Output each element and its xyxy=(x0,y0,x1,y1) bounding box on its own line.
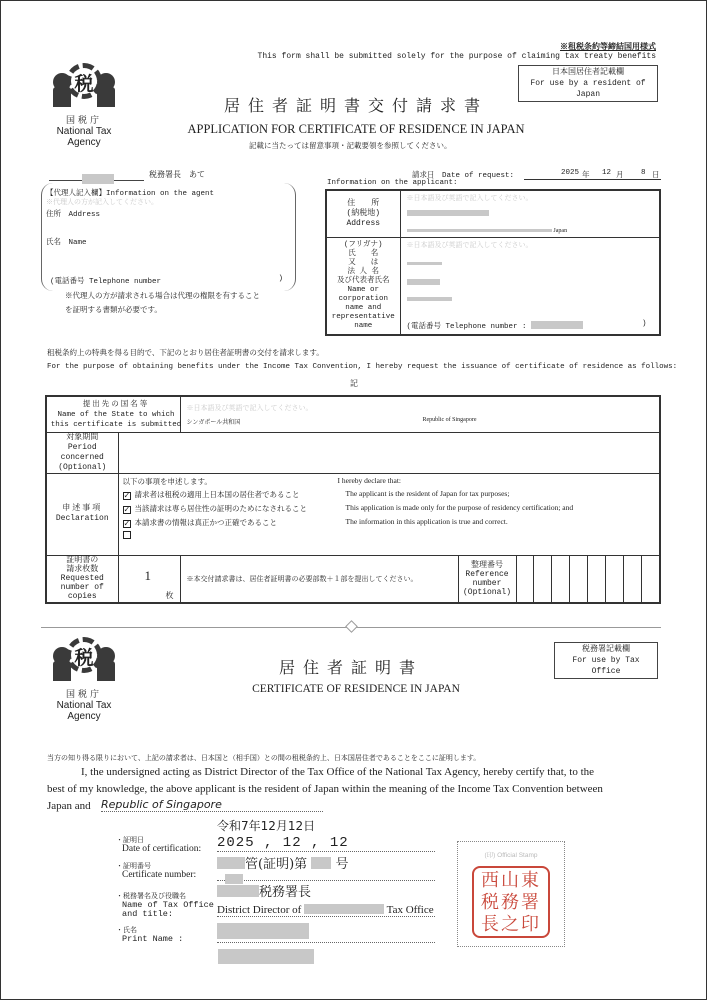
state-field[interactable]: ※日本語及び英語で記入してください。 シンガポール共和国 Republic of… xyxy=(180,396,660,432)
tax-office-use-box: 税務署記載欄 For use by Tax Office xyxy=(554,642,658,679)
redacted-name-jp xyxy=(217,923,309,939)
reference-digit-box[interactable] xyxy=(641,556,659,602)
redacted-name-en xyxy=(218,949,314,964)
applicant-address-field[interactable]: ※日本語及び英語で記入してください。 Japan xyxy=(400,190,660,237)
reference-digit-box[interactable] xyxy=(517,556,534,602)
period-field[interactable] xyxy=(118,432,660,473)
redacted-office-jp xyxy=(217,885,259,897)
reference-digit-box[interactable] xyxy=(569,556,587,602)
stamp-caption: (印) Official Stamp xyxy=(458,850,564,859)
applicant-table: 住 所 (納税地) Address ※日本語及び英語で記入してください。 Jap… xyxy=(325,189,661,336)
instructions-note: 記載に当たっては留意事項・記載要領を参照してください。 xyxy=(249,140,452,151)
checked-checkbox-icon[interactable]: ✓ xyxy=(123,506,131,514)
applicant-address-label: 住 所 (納税地) Address xyxy=(326,190,400,237)
official-stamp-box: (印) Official Stamp 西山東 税務署 長之印 xyxy=(457,841,565,947)
declaration-intro-jp: 以下の事項を申述します。 xyxy=(123,477,212,486)
copies-field[interactable]: 1 枚 xyxy=(118,555,180,603)
period-label: 対象期間Periodconcerned(Optional) xyxy=(46,432,118,473)
cert-name-field[interactable] xyxy=(217,923,435,943)
redacted-office-code xyxy=(217,857,245,869)
form-note-en: This form shall be submitted solely for … xyxy=(258,52,656,61)
agent-hint: ※代理人の方が記入してください。 xyxy=(46,197,158,207)
agent-phone-label[interactable]: (電話番号 Telephone number xyxy=(50,275,161,286)
divider-diamond-icon xyxy=(345,620,358,633)
nta-logo: 税 国税庁 National Tax Agency xyxy=(39,63,129,148)
cert-date-en[interactable]: 2025 , 12 , 12 xyxy=(217,835,435,852)
state-en: Republic of Singapore xyxy=(423,417,477,423)
redacted-name-jp xyxy=(407,279,440,285)
applicant-phone[interactable]: (電話番号 Telephone number : ) xyxy=(407,320,647,331)
certificate-title-jp: 居住者証明書 xyxy=(241,655,461,678)
logo-en: National Tax Agency xyxy=(39,126,129,148)
agent-note: ※代理人の方が請求される場合は代理の権限を有すること を証明する書類が必要です。 xyxy=(65,289,260,317)
certificate-statement-en-1: I, the undersigned acting as District Di… xyxy=(81,766,594,778)
redacted-office-en xyxy=(304,904,384,914)
declaration-item: ✓請求者は租税の適用上日本国の居住者であることThe applicant is … xyxy=(123,489,656,503)
applicant-heading: Information on the applicant: xyxy=(327,179,458,187)
application-title-en: APPLICATION FOR CERTIFICATE OF RESIDENCE… xyxy=(151,122,561,137)
cert-office-title-jp: 税務署長 xyxy=(217,881,311,900)
declaration-item: ✓本請求書の情報は真正かつ正確であることThe information in t… xyxy=(123,517,656,531)
resident-box-en: For use by a resident of Japan xyxy=(523,78,653,100)
certificate-form-page: ※租税条約等締結国用様式 This form shall be submitte… xyxy=(0,0,707,1000)
copies-value: 1 xyxy=(145,568,152,584)
cert-office-title-en[interactable]: District Director of Tax Office xyxy=(217,904,435,917)
declaration-item: ✓当該請求は専ら居住性の証明のためになされることThis application… xyxy=(123,503,656,517)
agent-address-label[interactable]: 住所 Address xyxy=(46,208,100,219)
cert-number-label: ・証明番号 Certificate number: xyxy=(116,862,196,880)
tax-office-name-field[interactable] xyxy=(49,169,144,181)
declaration-field: 以下の事項を申述します。 I hereby declare that: ✓請求者… xyxy=(118,473,660,555)
request-date-field[interactable]: 2025 年 12 月 8 日 xyxy=(524,169,661,180)
redacted-address-jp xyxy=(407,210,489,216)
applicant-name-label: (フリガナ)氏 名又 は法 人 名及び代表者氏名Name orcorporati… xyxy=(326,237,400,335)
declaration-item xyxy=(123,531,656,545)
redacted-address-en xyxy=(407,229,552,232)
copies-unit: 枚 xyxy=(166,590,174,601)
certificate-statement-en-2: best of my knowledge, the above applican… xyxy=(47,783,603,795)
checked-checkbox-icon[interactable]: ✓ xyxy=(123,520,131,528)
certificate-statement-jp: 当方の知り得る限りにおいて、上記の請求者は、日本国と（相手国）との間の租税条約上… xyxy=(47,753,480,763)
cert-date-label: ・証明日 Date of certification: xyxy=(116,836,201,854)
cert-date-jp: 令和7年12月12日 xyxy=(217,817,315,834)
state-jp: シンガポール共和国 xyxy=(187,419,241,426)
certificate-statement-en-3: Japan and xyxy=(47,800,91,812)
copies-label: 証明書の請求枚数Requestednumber ofcopies xyxy=(46,555,118,603)
reference-digit-box[interactable] xyxy=(623,556,641,602)
redacted-number xyxy=(311,857,331,869)
reference-digit-box[interactable] xyxy=(605,556,623,602)
reference-number-field[interactable] xyxy=(516,555,660,603)
cert-number-field[interactable] xyxy=(217,869,435,881)
redacted-phone xyxy=(531,321,583,329)
treaty-country-field[interactable]: Republic of Singapore xyxy=(101,798,323,812)
addressee-suffix: 税務署長 あて xyxy=(149,169,205,180)
redacted-name-en xyxy=(407,297,452,301)
redacted-furigana xyxy=(407,262,442,265)
reference-label: 整理番号Referencenumber(Optional) xyxy=(458,555,516,603)
ki-mark: 記 xyxy=(350,378,358,389)
official-stamp-seal: 西山東 税務署 長之印 xyxy=(472,866,550,938)
nta-logo-certificate: 税 国税庁 National Tax Agency xyxy=(39,637,129,722)
logo-jp: 国税庁 xyxy=(39,113,129,126)
reference-digit-box[interactable] xyxy=(587,556,605,602)
checked-checkbox-icon[interactable]: ✓ xyxy=(123,492,131,500)
resident-use-box: 日本国居住者記載欄 For use by a resident of Japan xyxy=(518,65,658,102)
resident-box-jp: 日本国居住者記載欄 xyxy=(523,67,653,78)
cert-office-label: ・税務署名及び役職名 Name of Tax Office and title: xyxy=(116,892,214,919)
nta-logo-icon: 税 xyxy=(53,63,115,107)
declaration-label: 申述事項 Declaration xyxy=(46,473,118,555)
agent-info-box: 【代理人記入欄】Information on the agent ※代理人の方が… xyxy=(41,183,296,291)
declaration-intro-en: I hereby declare that: xyxy=(338,476,402,485)
form-note-jp: ※租税条約等締結国用様式 xyxy=(560,41,656,52)
nta-logo-icon: 税 xyxy=(53,637,115,681)
checkbox-icon[interactable] xyxy=(123,531,131,539)
cert-name-label: ・氏名 Print Name : xyxy=(116,926,183,944)
purpose-jp: 租税条約上の特典を得る目的で、下記のとおり居住者証明書の交付を請求します。 xyxy=(47,347,324,358)
copies-note: ※本交付請求書は、居住者証明書の必要部数＋１部を提出してください。 xyxy=(180,555,458,603)
details-table: 提出先の国名等 Name of the State to which this … xyxy=(45,395,661,604)
reference-digit-box[interactable] xyxy=(533,556,551,602)
purpose-en: For the purpose of obtaining benefits un… xyxy=(47,363,677,371)
application-title-jp: 居住者証明書交付請求書 xyxy=(181,93,531,116)
certificate-title-en: CERTIFICATE OF RESIDENCE IN JAPAN xyxy=(201,683,511,695)
reference-digit-box[interactable] xyxy=(551,556,569,602)
applicant-name-field[interactable]: ※日本語及び英語で記入してください。 (電話番号 Telephone numbe… xyxy=(400,237,660,335)
agent-name-label[interactable]: 氏名 Name xyxy=(46,236,87,247)
